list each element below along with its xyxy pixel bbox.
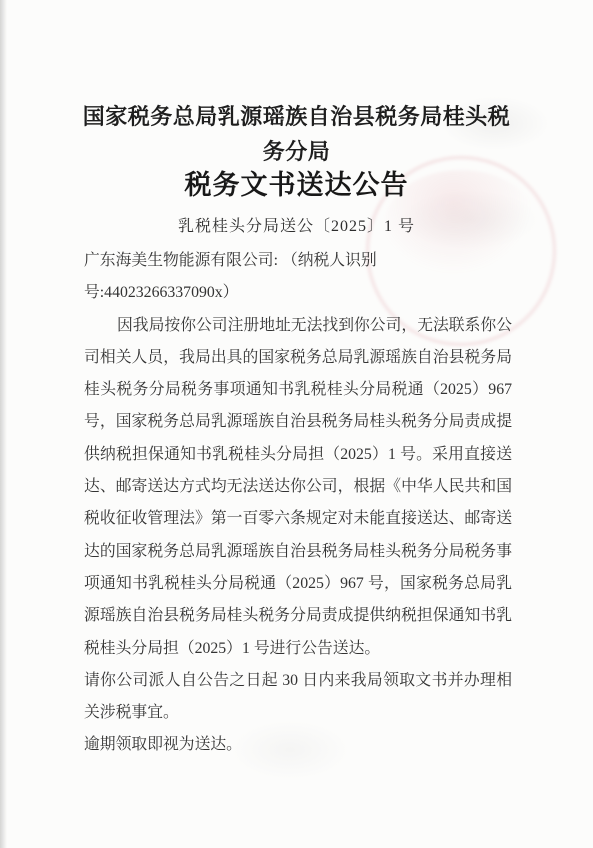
text-line: 税桂头分局担（2025）1 号进行公告送达。 [84, 633, 512, 665]
text-line: 桂头税务分局税务事项通知书乳税桂头分局税通（2025）967 [84, 374, 512, 406]
text-line: 司相关人员，我局出具的国家税务总局乳源瑶族自治县税务局 [84, 342, 512, 374]
text-line: 达的国家税务总局乳源瑶族自治县税务局桂头税务分局税务事 [84, 536, 512, 568]
document-body: 广东海美生物能源有限公司: （纳税人识别号:44023266337090x）因我… [84, 245, 512, 762]
scanned-document-page: 国家税务总局乳源瑶族自治县税务局桂头税 务分局 税务文书送达公告 乳税桂头分局送… [0, 0, 593, 848]
paragraph-recipient: 广东海美生物能源有限公司: （纳税人识别号:44023266337090x） [84, 245, 512, 310]
paragraph-delivery-statement: 因我局按你公司注册地址无法找到你公司，无法联系你公司相关人员，我局出具的国家税务… [84, 310, 512, 665]
paragraph-pickup-instruction: 请你公司派人自公告之日起 30 日内来我局领取文书并办理相关涉税事宜。 [84, 665, 512, 730]
text-line: 达、邮寄送达方式均无法送达你公司，根据《中华人民共和国 [84, 471, 512, 503]
text-line: 项通知书乳税桂头分局税通（2025）967 号，国家税务总局乳 [84, 568, 512, 600]
paragraph-overdue-note: 逾期领取即视为送达。 [84, 729, 512, 761]
text-line: 税收征收管理法》第一百零六条规定对未能直接送达、邮寄送 [84, 503, 512, 535]
text-line: 号:44023266337090x） [84, 277, 512, 309]
issuer-title-line-1: 国家税务总局乳源瑶族自治县税务局桂头税 [0, 99, 593, 134]
issuer-title: 国家税务总局乳源瑶族自治县税务局桂头税 务分局 [0, 99, 593, 169]
document-number: 乳税桂头分局送公〔2025〕1 号 [0, 216, 593, 238]
text-line: 因我局按你公司注册地址无法找到你公司，无法联系你公 [84, 310, 512, 342]
text-line: 逾期领取即视为送达。 [84, 729, 512, 761]
text-line: 请你公司派人自公告之日起 30 日内来我局领取文书并办理相 [84, 665, 512, 697]
text-line: 供纳税担保通知书乳税桂头分局担（2025）1 号。采用直接送 [84, 439, 512, 471]
text-line: 关涉税事宜。 [84, 697, 512, 729]
text-line: 源瑶族自治县税务局桂头税务分局责成提供纳税担保通知书乳 [84, 600, 512, 632]
text-line: 号，国家税务总局乳源瑶族自治县税务局桂头税务分局责成提 [84, 406, 512, 438]
text-line: 广东海美生物能源有限公司: （纳税人识别 [84, 245, 512, 277]
issuer-title-line-2: 务分局 [0, 134, 593, 169]
notice-title: 税务文书送达公告 [0, 168, 593, 202]
